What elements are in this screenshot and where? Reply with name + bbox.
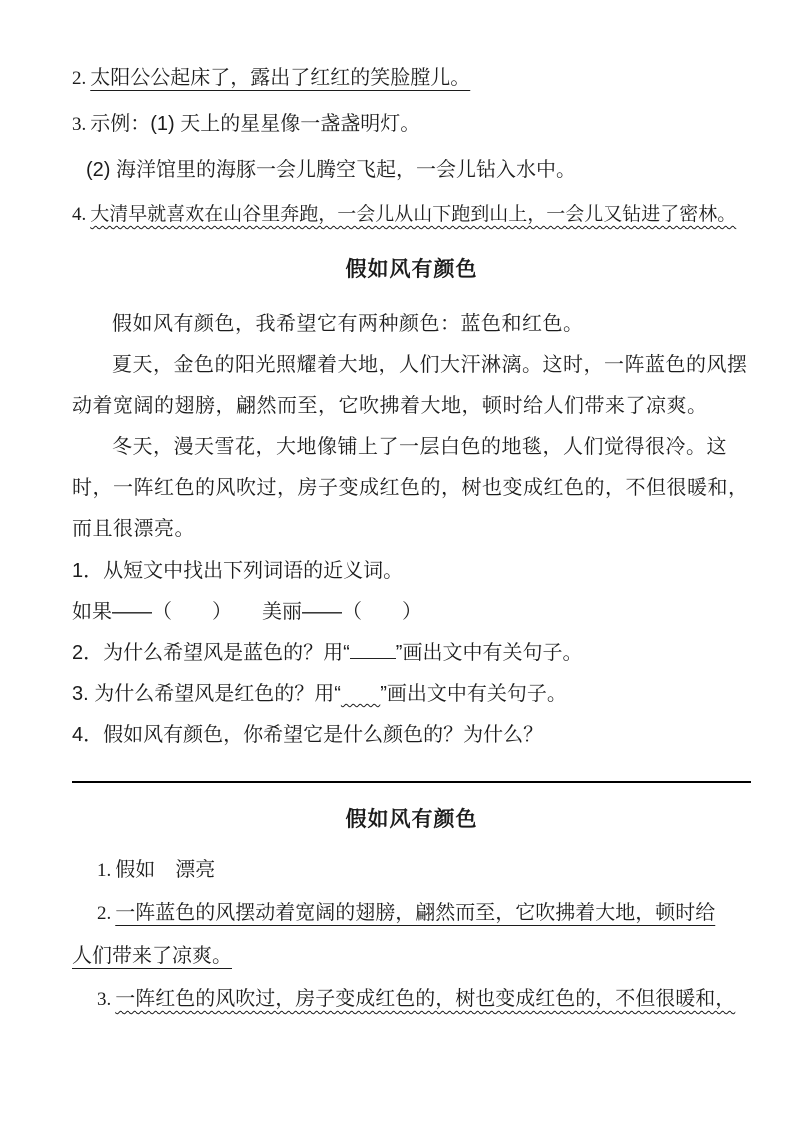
answer-text-underlined: 一阵蓝色的风摆动着宽阔的翅膀，翩然而至，它吹拂着大地，顿时给人们带来了凉爽。 [72, 902, 715, 967]
answer-item-3: 3.示例：(1) 天上的星星像一盏盏明灯。 [72, 112, 751, 137]
section-divider [72, 781, 751, 783]
answer-item-4: 4.大清早就喜欢在山谷里奔跑，一会儿从山下跑到山上，一会儿又钻进了密林。 [72, 203, 751, 227]
answer-text-wavy-underlined: 大清早就喜欢在山谷里奔跑，一会儿从山下跑到山上，一会儿又钻进了密林。 [90, 204, 736, 225]
answer-text-wavy-underlined: 一阵红色的风吹过，房子变成红色的，树也变成红色的，不但很暖和， [115, 988, 735, 1010]
answer-number: 3. [97, 989, 115, 1010]
question-3-text-end: ”画出文中有关句子。 [380, 683, 567, 705]
passage-paragraph-3: 冬天，漫天雪花，大地像铺上了一层白色的地毯，人们觉得很冷。这时，一阵红色的风吹过… [72, 426, 751, 549]
answers-section-bottom: 1.假如 漂亮 2.一阵蓝色的风摆动着宽阔的翅膀，翩然而至，它吹拂着大地，顿时给… [72, 849, 751, 1021]
passage-body: 假如风有颜色，我希望它有两种颜色：蓝色和红色。 夏天，金色的阳光照耀着大地，人们… [72, 303, 751, 549]
question-1: 1．从短文中找出下列词语的近义词。 [72, 559, 751, 583]
question-2-text: 2．为什么希望风是蓝色的？用“ [72, 642, 350, 664]
question-2: 2．为什么希望风是蓝色的？用“”画出文中有关句子。 [72, 641, 751, 665]
questions-section: 1．从短文中找出下列词语的近义词。 如果——（ ） 美丽——（ ） 2．为什么希… [72, 559, 751, 747]
answer-number: 4. [72, 204, 90, 225]
passage-paragraph-1: 假如风有颜色，我希望它有两种颜色：蓝色和红色。 [72, 303, 751, 344]
wavy-line-blank [341, 683, 380, 705]
answer-number: 1. [97, 860, 115, 881]
answers-section-top: 2.太阳公公起床了，露出了红红的笑脸膛儿。 3.示例：(1) 天上的星星像一盏盏… [72, 66, 751, 227]
answer-item-3-sub: (2) 海洋馆里的海豚一会儿腾空飞起，一会儿钻入水中。 [86, 158, 751, 182]
answer-key-item-3: 3.一阵红色的风吹过，房子变成红色的，树也变成红色的，不但很暖和， [72, 978, 733, 1021]
worksheet-page: 2.太阳公公起床了，露出了红红的笑脸膛儿。 3.示例：(1) 天上的星星像一盏盏… [0, 0, 793, 1122]
answer-number: 2. [72, 68, 90, 89]
answer-text-underlined: 太阳公公起床了，露出了红红的笑脸膛儿。 [90, 67, 470, 89]
solid-line-blank [350, 644, 396, 659]
passage-paragraph-2: 夏天，金色的阳光照耀着大地，人们大汗淋漓。这时，一阵蓝色的风摆动着宽阔的翅膀，翩… [72, 344, 751, 426]
question-2-text-end: ”画出文中有关句子。 [396, 642, 583, 664]
answer-key-item-2: 2.一阵蓝色的风摆动着宽阔的翅膀，翩然而至，它吹拂着大地，顿时给人们带来了凉爽。 [72, 892, 733, 978]
answer-text: 示例：(1) 天上的星星像一盏盏明灯。 [90, 113, 420, 135]
answer-item-2: 2.太阳公公起床了，露出了红红的笑脸膛儿。 [72, 66, 751, 91]
question-1-blanks: 如果——（ ） 美丽——（ ） [72, 600, 751, 624]
answer-text: 假如 漂亮 [115, 859, 215, 881]
answer-number: 3. [72, 114, 90, 135]
answer-text: (2) 海洋馆里的海豚一会儿腾空飞起，一会儿钻入水中。 [86, 159, 576, 181]
passage-title: 假如风有颜色 [72, 257, 751, 283]
answer-key-title: 假如风有颜色 [72, 807, 751, 833]
question-3-text: 3. 为什么希望风是红色的？用“ [72, 683, 341, 705]
answer-number: 2. [97, 903, 115, 924]
question-4: 4．假如风有颜色，你希望它是什么颜色的？为什么？ [72, 723, 751, 747]
answer-key-item-1: 1.假如 漂亮 [72, 849, 733, 892]
question-3: 3. 为什么希望风是红色的？用“ ”画出文中有关句子。 [72, 682, 751, 706]
page-content: 2.太阳公公起床了，露出了红红的笑脸膛儿。 3.示例：(1) 天上的星星像一盏盏… [0, 0, 793, 1021]
